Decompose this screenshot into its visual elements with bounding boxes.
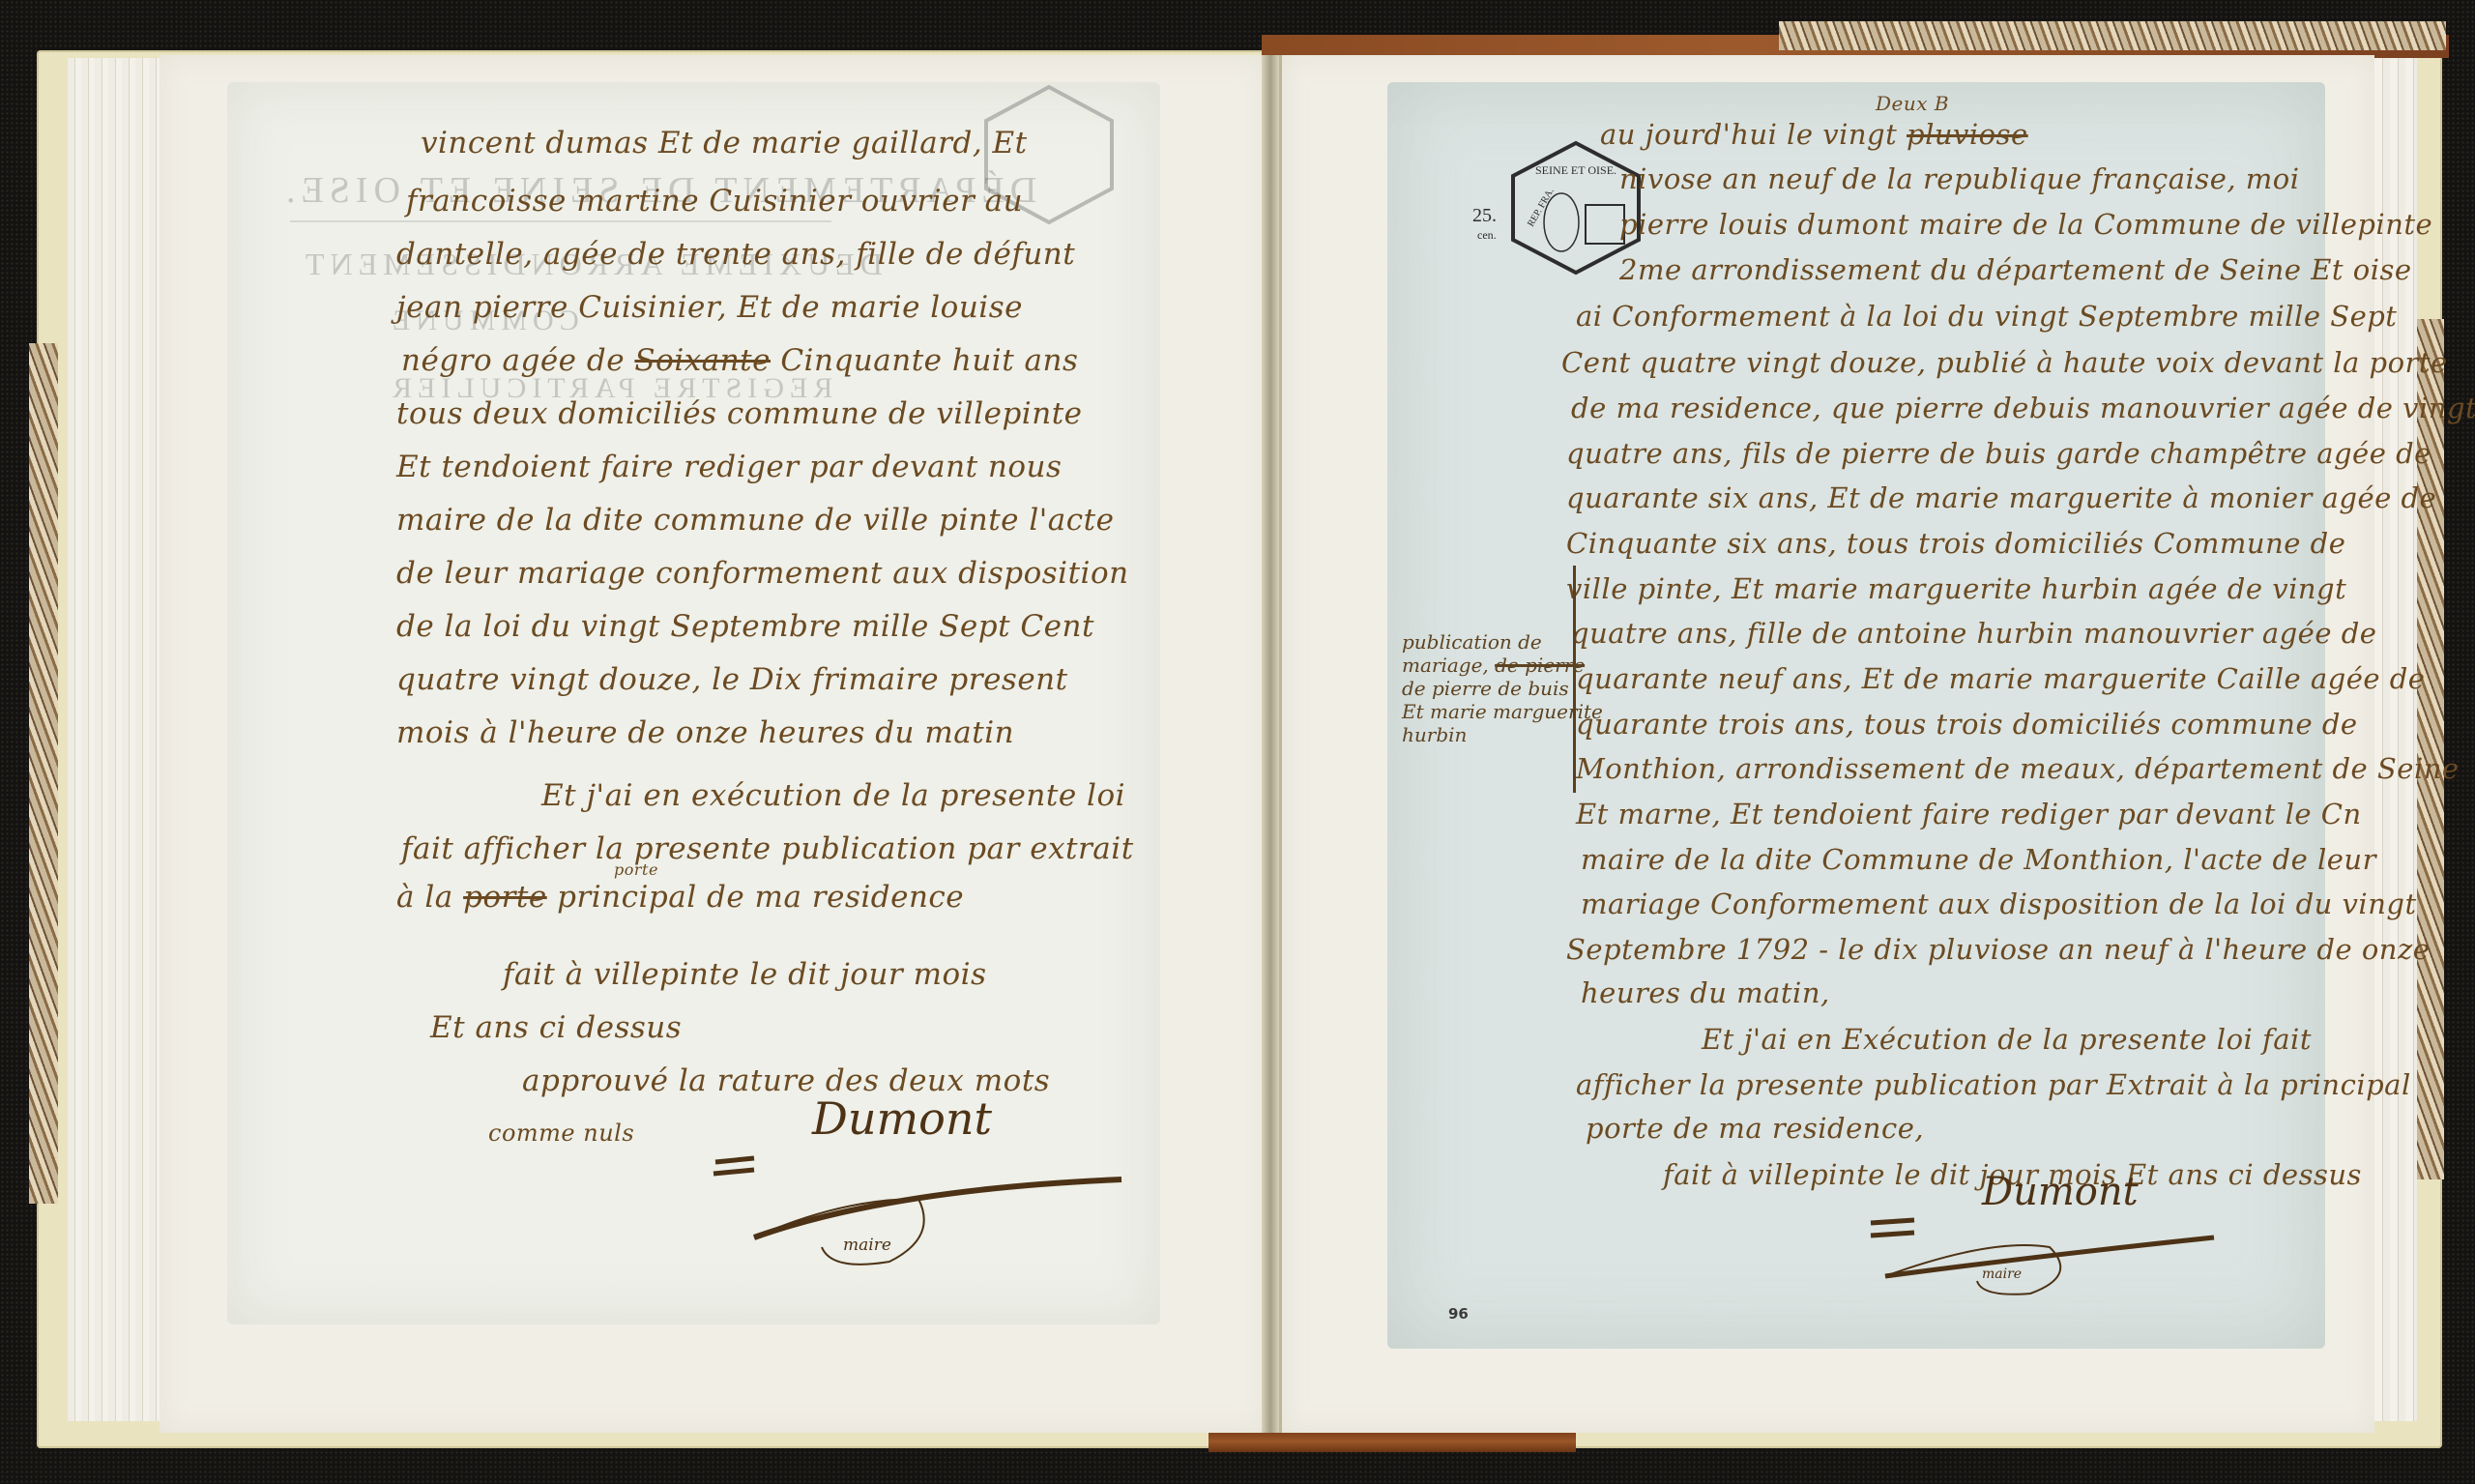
text-line: quatre ans, fils de pierre de buis garde… (1566, 437, 2431, 470)
text-line: Septembre 1792 - le dix pluviose an neuf… (1566, 933, 2430, 966)
text-line: vincent dumas Et de marie gaillard, Et (421, 126, 1028, 160)
text-line: heures du matin, (1581, 976, 1830, 1009)
text-line: Monthion, arrondissement de meaux, dépar… (1576, 752, 2460, 785)
struck-word: pluviose (1907, 118, 2028, 151)
marbled-endpaper-left (29, 343, 58, 1204)
text-line: quatre ans, fille de antoine hurbin mano… (1571, 617, 2376, 650)
struck-word: porte (463, 880, 547, 915)
text-line: jean pierre Cuisinier, Et de marie louis… (396, 290, 1023, 325)
text-line: Et ans ci dessus (430, 1010, 682, 1045)
text-line: au jourd'hui le vingt pluviose (1600, 118, 2028, 151)
interlinear-insertion: porte (614, 860, 658, 879)
marbled-endpaper-top (1779, 21, 2446, 50)
svg-text:REP. FRA.: REP. FRA. (1526, 187, 1557, 229)
stamp-unit: cen. (1477, 228, 1497, 243)
text-line: dantelle, agée de trente ans, fille de d… (396, 237, 1075, 272)
text-line: afficher la presente publication par Ext… (1576, 1068, 2411, 1101)
text-line: mariage Conformement aux disposition de … (1581, 887, 2417, 920)
corner-note: Deux B (1876, 92, 1949, 115)
signature-paraph-icon (1856, 1179, 2243, 1295)
text-line: 2me arrondissement du département de Sei… (1619, 253, 2412, 286)
text-line: francoisse martine Cuisinier ouvrier au (406, 184, 1023, 218)
text-line: tous deux domiciliés commune de villepin… (396, 396, 1083, 431)
text-line: nivose an neuf de la republique français… (1619, 162, 2300, 195)
text-line: Et marne, Et tendoient faire rediger par… (1576, 798, 2362, 830)
text-line: maire de la dite commune de ville pinte … (396, 503, 1114, 538)
text-line: maire de la dite Commune de Monthion, l'… (1581, 843, 2376, 876)
spine-leather-foot (1208, 1431, 1576, 1452)
text-line: quatre vingt douze, le Dix frimaire pres… (396, 662, 1068, 697)
text-line: de leur mariage conformement aux disposi… (396, 556, 1129, 591)
text-line: négro agée de Soixante Cinquante huit an… (401, 343, 1078, 378)
text-line: porte de ma residence, (1586, 1112, 1924, 1145)
text-line: Cent quatre vingt douze, publié à haute … (1561, 346, 2448, 379)
signature-title: maire (1982, 1266, 2022, 1282)
bleed-rule (290, 220, 831, 222)
text-line: quarante six ans, Et de marie marguerite… (1566, 481, 2436, 514)
margin-bracket (1573, 566, 1576, 793)
text-line: ai Conformement à la loi du vingt Septem… (1576, 300, 2397, 333)
text-line: Et tendoient faire rediger par devant no… (396, 450, 1062, 484)
text-line: ville pinte, Et marie marguerite hurbin … (1566, 572, 2346, 605)
text-line: Et j'ai en exécution de la presente loi (541, 778, 1125, 813)
text-line: Cinquante six ans, tous trois domiciliés… (1566, 527, 2345, 560)
text-line: quarante trois ans, tous trois domicilié… (1576, 708, 2358, 741)
page-stack-left (68, 58, 174, 1421)
svg-text:SEINE ET OISE.: SEINE ET OISE. (1535, 163, 1616, 177)
text-line: mois à l'heure de onze heures du matin (396, 715, 1014, 750)
text-line: fait à villepinte le dit jour mois (503, 957, 986, 992)
struck-word: Soixante (634, 343, 771, 378)
text-line: de la loi du vingt Septembre mille Sept … (396, 609, 1094, 644)
text-line: de ma residence, que pierre debuis manou… (1571, 392, 2475, 424)
text-line: Et j'ai en Exécution de la presente loi … (1702, 1023, 2312, 1056)
text-line: quarante neuf ans, Et de marie marguerit… (1576, 662, 2425, 695)
page-number: 96 (1448, 1305, 1469, 1323)
text-line: fait afficher la presente publication pa… (401, 831, 1134, 866)
text-line: à la porte principal de ma residence (396, 880, 964, 915)
stamp-value: 25. (1472, 205, 1497, 227)
book-gutter (1262, 55, 1279, 1433)
struck-word: de pierre (1495, 654, 1585, 677)
signature-title: maire (843, 1236, 891, 1255)
text-line: pierre louis dumont maire de la Commune … (1619, 208, 2432, 241)
